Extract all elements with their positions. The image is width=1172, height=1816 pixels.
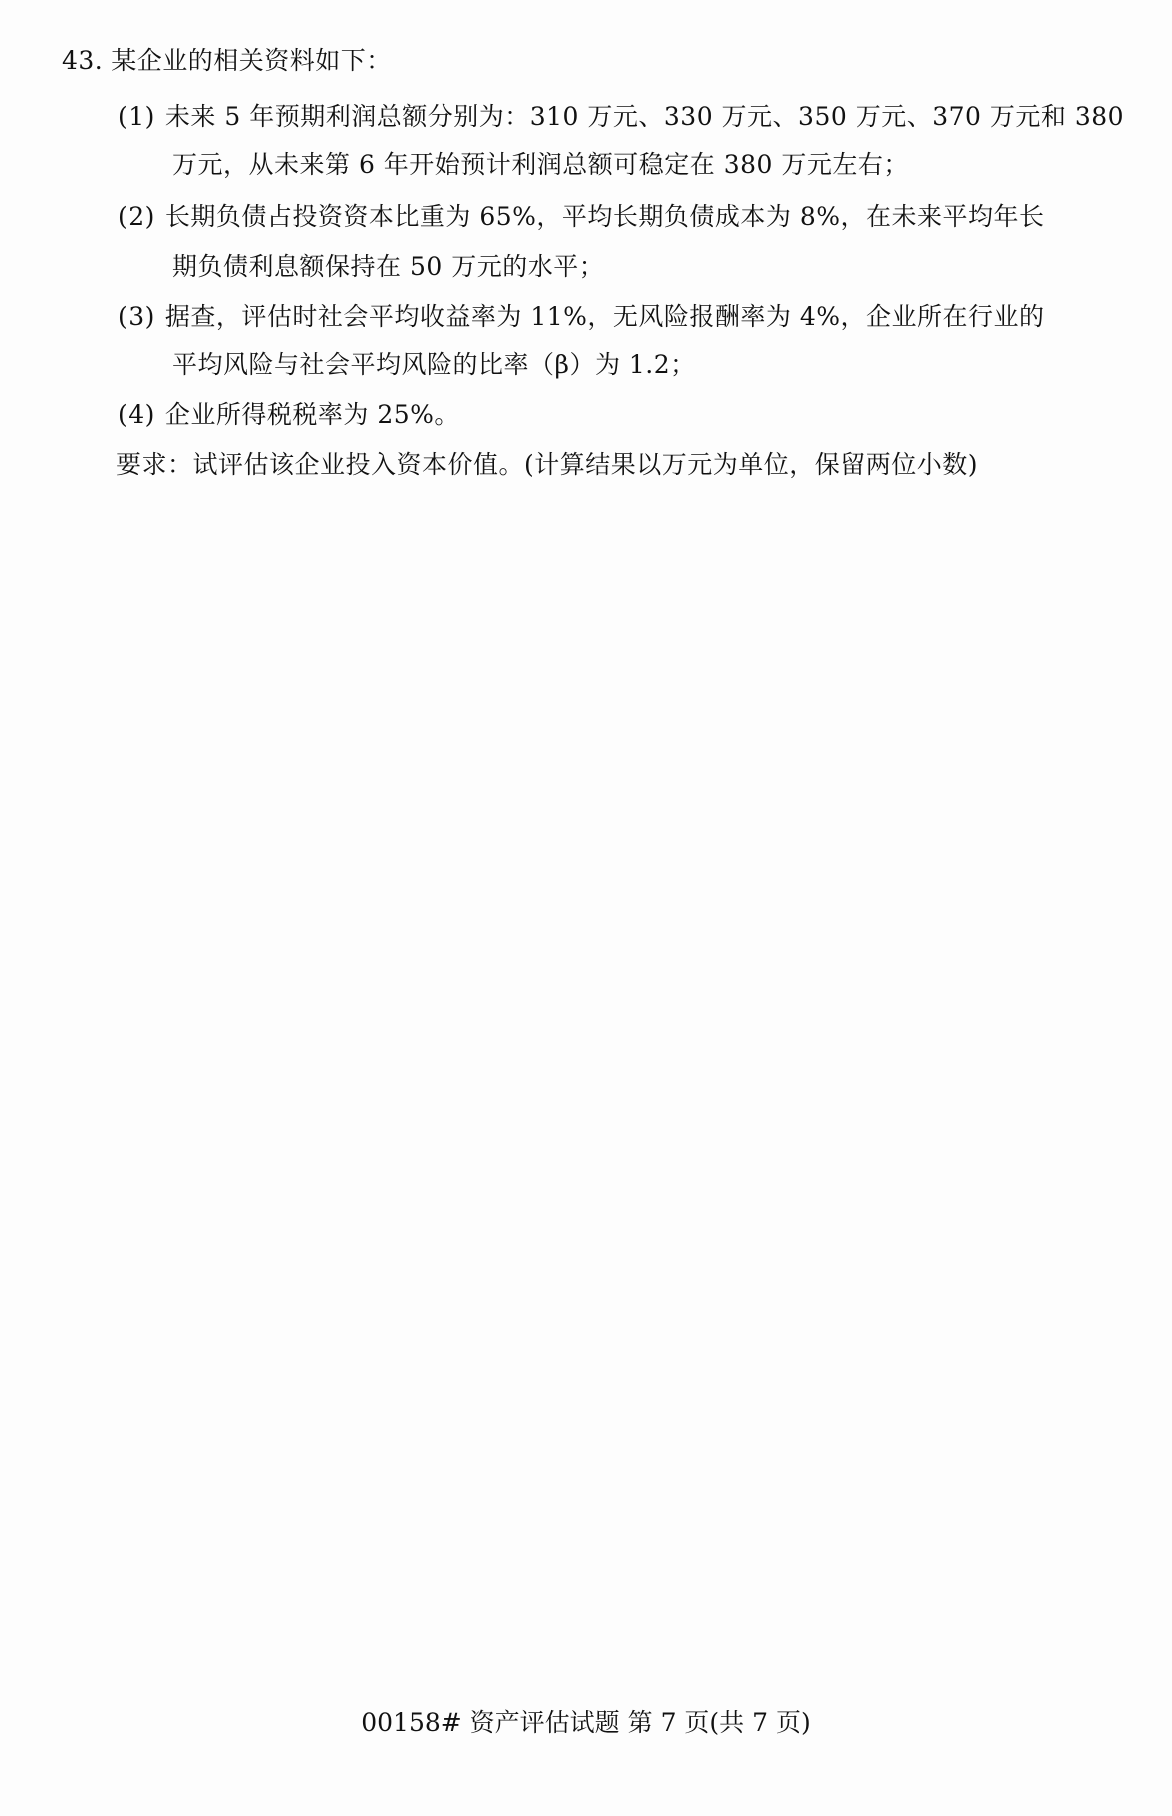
item-3-line-2: 平均风险与社会平均风险的比率（β）为 1.2； bbox=[172, 348, 696, 382]
item-1-text-1: 未来 5 年预期利润总额分别为：310 万元、330 万元、350 万元、370… bbox=[165, 102, 1124, 131]
question-stem: 某企业的相关资料如下： bbox=[111, 46, 392, 75]
item-4-line-1: (4)企业所得税税率为 25%。 bbox=[118, 398, 460, 432]
requirement: 要求：试评估该企业投入资本价值。(计算结果以万元为单位，保留两位小数) bbox=[116, 448, 978, 482]
item-3-line-1: (3)据查，评估时社会平均收益率为 11%，无风险报酬率为 4%，企业所在行业的 bbox=[118, 300, 1045, 334]
footer-text: 00158# 资产评估试题 第 7 页(共 7 页) bbox=[361, 1708, 810, 1737]
item-2-label: (2) bbox=[118, 200, 155, 234]
question-number: 43. bbox=[62, 44, 103, 78]
item-3-text-1: 据查，评估时社会平均收益率为 11%，无风险报酬率为 4%，企业所在行业的 bbox=[165, 302, 1045, 331]
item-3-label: (3) bbox=[118, 300, 155, 334]
item-1-label: (1) bbox=[118, 100, 155, 134]
item-1-line-1: (1)未来 5 年预期利润总额分别为：310 万元、330 万元、350 万元、… bbox=[118, 100, 1124, 134]
item-2-text-1: 长期负债占投资资本比重为 65%，平均长期负债成本为 8%，在未来平均年长 bbox=[165, 202, 1045, 231]
item-2-line-2: 期负债利息额保持在 50 万元的水平； bbox=[172, 250, 604, 284]
exam-page: 43.某企业的相关资料如下： (1)未来 5 年预期利润总额分别为：310 万元… bbox=[0, 0, 1172, 1816]
item-4-text-1: 企业所得税税率为 25%。 bbox=[165, 400, 460, 429]
item-1-line-2: 万元，从未来第 6 年开始预计利润总额可稳定在 380 万元左右； bbox=[172, 148, 909, 182]
item-4-label: (4) bbox=[118, 398, 155, 432]
page-footer: 00158# 资产评估试题 第 7 页(共 7 页) bbox=[0, 1706, 1172, 1740]
requirement-text: 要求：试评估该企业投入资本价值。(计算结果以万元为单位，保留两位小数) bbox=[116, 450, 978, 479]
question-header: 43.某企业的相关资料如下： bbox=[62, 44, 392, 78]
item-1-text-2: 万元，从未来第 6 年开始预计利润总额可稳定在 380 万元左右； bbox=[172, 150, 909, 179]
item-2-text-2: 期负债利息额保持在 50 万元的水平； bbox=[172, 252, 604, 281]
item-2-line-1: (2)长期负债占投资资本比重为 65%，平均长期负债成本为 8%，在未来平均年长 bbox=[118, 200, 1045, 234]
item-3-text-2: 平均风险与社会平均风险的比率（β）为 1.2； bbox=[172, 350, 696, 379]
